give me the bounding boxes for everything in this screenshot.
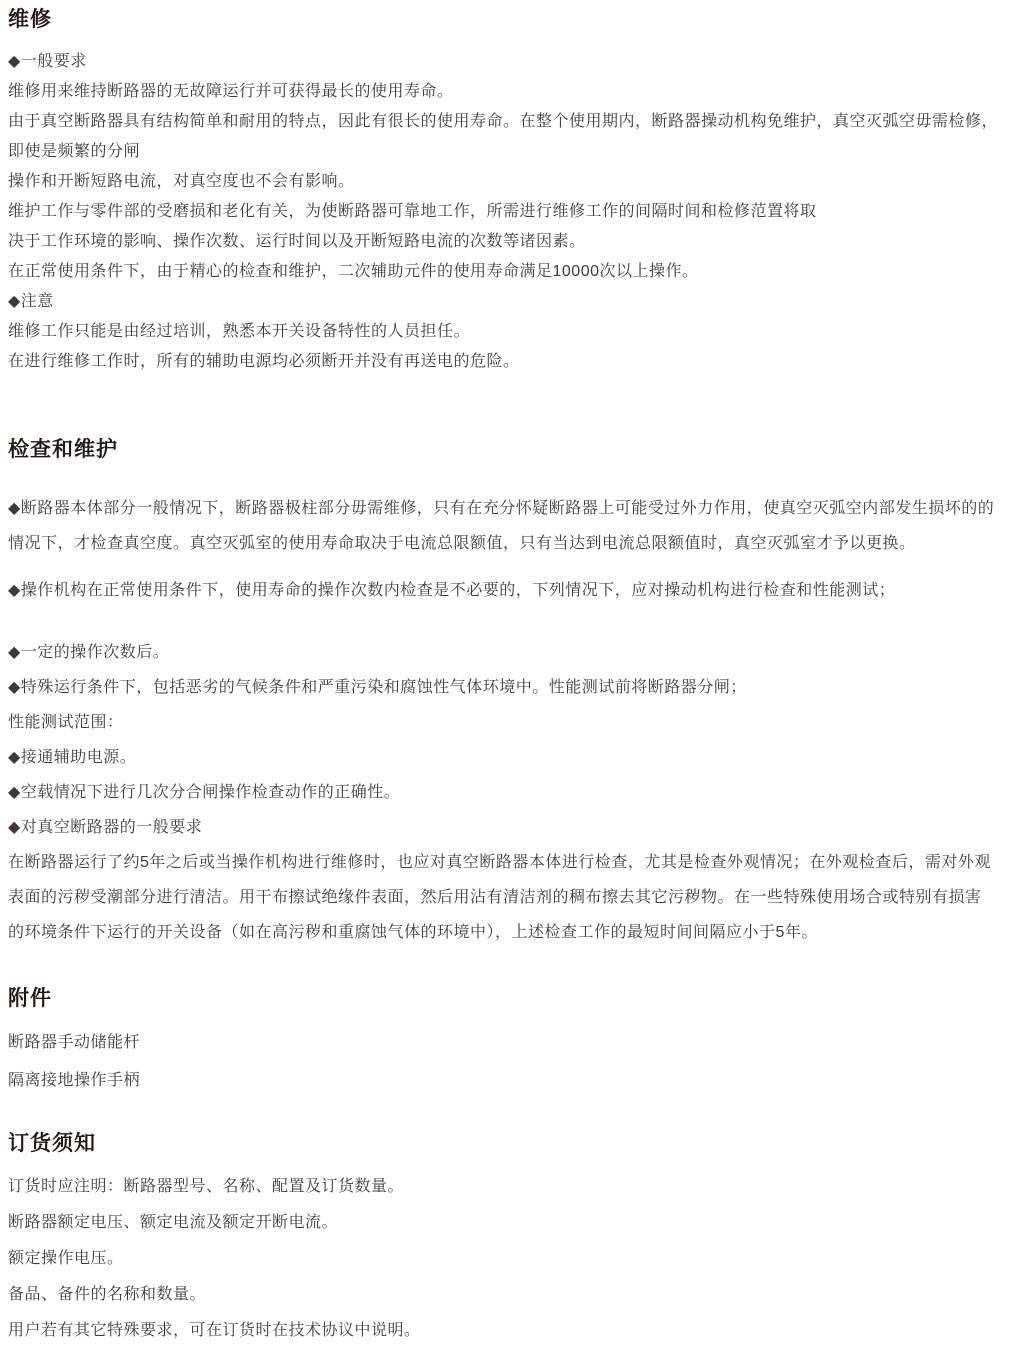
- text-line: 备品、备件的名称和数量。: [8, 1277, 1020, 1313]
- text-line: 表面的污秽受潮部分进行清洁。用干布擦试绝缘件表面，然后用沾有清洁剂的稠布擦去其它…: [8, 880, 1020, 915]
- text-line: 断路器额定电压、额定电流及额定开断电流。: [8, 1205, 1020, 1241]
- text-line: ◆断路器本体部分一般情况下，断路器极柱部分毋需维修，只有在充分怀疑断路器上可能受…: [8, 491, 1020, 526]
- section-accessories: 附件 断路器手动储能杆 隔离接地操作手柄: [8, 986, 1020, 1100]
- text-line: 维修工作只能是由经过培训，熟悉本开关设备特性的人员担任。: [8, 317, 1020, 347]
- text-line: 隔离接地操作手柄: [8, 1062, 1020, 1100]
- text-line: 的环境条件下运行的开关设备（如在高污秽和重腐蚀气体的环境中），上述检查工作的最短…: [8, 915, 1020, 950]
- section-title-inspection: 检查和维护: [8, 437, 1020, 463]
- text-line: 由于真空断路器具有结构简单和耐用的特点，因此有很长的使用寿命。在整个使用期内，断…: [8, 107, 1020, 137]
- text-line: 额定操作电压。: [8, 1241, 1020, 1277]
- text-line: 操作和开断短路电流，对真空度也不会有影响。: [8, 167, 1020, 197]
- text-line: 维修用来维持断路器的无故障运行并可获得最长的使用寿命。: [8, 77, 1020, 107]
- text-line: ◆注意: [8, 287, 1020, 317]
- text-line: 即使是频繁的分闸: [8, 137, 1020, 167]
- text-line: 情况下，才检查真空度。真空灭弧室的使用寿命取决于电流总限额值，只有当达到电流总限…: [8, 526, 1020, 561]
- text-line: ◆空载情况下进行几次分合闸操作检查动作的正确性。: [8, 775, 1020, 810]
- text-line: ◆接通辅助电源。: [8, 740, 1020, 775]
- section-inspection-maintenance: 检查和维护 ◆断路器本体部分一般情况下，断路器极柱部分毋需维修，只有在充分怀疑断…: [8, 437, 1020, 950]
- text-line: 决于工作环境的影响、操作次数、运行时间以及开断短路电流的次数等诸因素。: [8, 227, 1020, 257]
- text-line: 在正常使用条件下，由于精心的检查和维护，二次辅助元件的使用寿命满足10000次以…: [8, 257, 1020, 287]
- section-title-maintenance: 维修: [8, 7, 1020, 33]
- text-line: ◆对真空断路器的一般要求: [8, 810, 1020, 845]
- text-line: 断路器手动储能杆: [8, 1024, 1020, 1062]
- text-line: ◆一般要求: [8, 47, 1020, 77]
- text-line: 在断路器运行了约5年之后或当操作机构进行维修时，也应对真空断路器本体进行检查，尤…: [8, 845, 1020, 880]
- section-maintenance: 维修 ◆一般要求 维修用来维持断路器的无故障运行并可获得最长的使用寿命。 由于真…: [8, 7, 1020, 377]
- section-ordering-notes: 订货须知 订货时应注明：断路器型号、名称、配置及订货数量。 断路器额定电压、额定…: [8, 1131, 1020, 1349]
- section-title-accessories: 附件: [8, 986, 1020, 1012]
- text-line: ◆操作机构在正常使用条件下，使用寿命的操作次数内检查是不必要的，下列情况下，应对…: [8, 573, 1020, 608]
- section-title-ordering: 订货须知: [8, 1131, 1020, 1157]
- text-line: 订货时应注明：断路器型号、名称、配置及订货数量。: [8, 1169, 1020, 1205]
- text-line: 性能测试范围：: [8, 705, 1020, 740]
- text-line: ◆特殊运行条件下，包括恶劣的气候条件和严重污染和腐蚀性气体环境中。性能测试前将断…: [8, 670, 1020, 705]
- text-line: ◆一定的操作次数后。: [8, 635, 1020, 670]
- document-page: 维修 ◆一般要求 维修用来维持断路器的无故障运行并可获得最长的使用寿命。 由于真…: [0, 0, 1024, 1355]
- text-line: 在进行维修工作时，所有的辅助电源均必须断开并没有再送电的危险。: [8, 347, 1020, 377]
- text-line: 维护工作与零件部的受磨损和老化有关，为使断路器可靠地工作，所需进行维修工作的间隔…: [8, 197, 1020, 227]
- text-line: 用户若有其它特殊要求，可在订货时在技术协议中说明。: [8, 1313, 1020, 1349]
